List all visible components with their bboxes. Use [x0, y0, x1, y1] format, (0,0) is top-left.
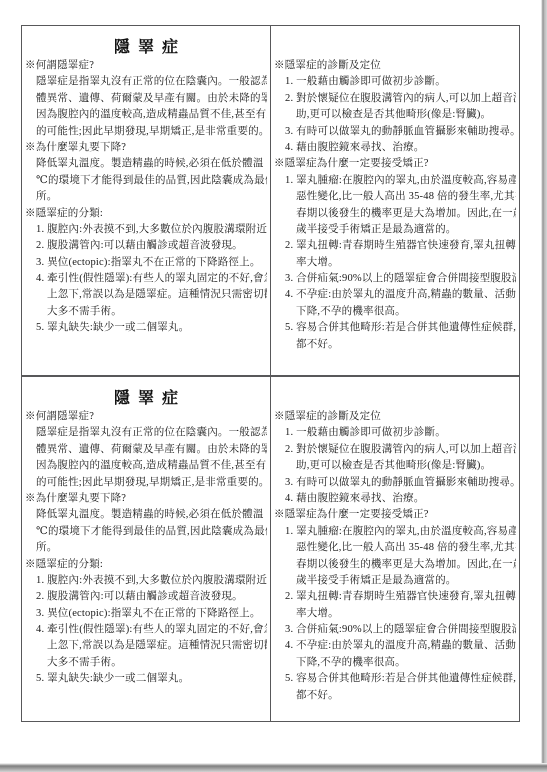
leaflet-card: 隱睪症 ※何謂隱睪症?隱睪症是指睪丸沒有正常的位在陰囊內。一般認為與染色體異常、… — [21, 25, 520, 376]
page-title: 隱睪症 — [25, 37, 267, 58]
text-line: 5. 容易合併其他畸形:若是合併其他遺傳性症候群,預後 — [274, 320, 516, 336]
text-line: 因為腹腔內的溫度較高,造成精蟲品質不佳,甚至有惡性 — [25, 107, 267, 123]
text-line: 下降,不孕的機率很高。 — [274, 655, 516, 671]
text-line: 1. 腹腔內:外表摸不到,大多數位於內腹股溝環附近。 — [25, 573, 267, 589]
leaflet-card: 隱睪症 ※何謂隱睪症?隱睪症是指睪丸沒有正常的位在陰囊內。一般認為與染色體異常、… — [21, 376, 520, 722]
text-line: 都不好。 — [274, 337, 516, 353]
page-title: 隱睪症 — [25, 388, 267, 409]
text-line: 3. 有時可以做睪丸的動靜脈血管攝影來輔助搜尋。 — [274, 124, 516, 140]
section-heading: ※何謂隱睪症? — [25, 409, 267, 425]
text-line: 體異常、遺傳、荷爾蒙及早產有關。由於未降的睪丸可能 — [25, 442, 267, 458]
text-line: ℃的環境下才能得到最佳的品質,因此陰囊成為最佳的場 — [25, 524, 267, 540]
text-line: 惡性變化,比一般人高出 35-48 倍的發生率,尤其在青 — [274, 189, 516, 205]
text-line: 助,更可以檢查是否其他畸形(像是:腎臟)。 — [274, 107, 516, 123]
section-heading: ※隱睪症的分類: — [25, 557, 267, 573]
text-line: 4. 藉由腹腔鏡來尋找、治療。 — [274, 140, 516, 156]
text-line: 4. 牽引性(假性隱睪):有些人的睪丸固定的不好,會忽 — [25, 622, 267, 638]
text-line: 降低睪丸溫度。製造精蟲的時候,必須在低於體溫 1.5-2.0 — [25, 156, 267, 172]
text-line: 2. 睪丸扭轉:青春期時生殖器官快速發育,睪丸扭轉的機 — [274, 238, 516, 254]
leaflet-left-column: 隱睪症 ※何謂隱睪症?隱睪症是指睪丸沒有正常的位在陰囊內。一般認為與染色體異常、… — [22, 377, 271, 721]
text-line: 因為腹腔內的溫度較高,造成精蟲品質不佳,甚至有惡性 — [25, 458, 267, 474]
page-edge-shadow-bottom — [0, 763, 547, 772]
section-heading: ※隱睪症的診斷及定位 — [274, 409, 516, 425]
text-line: 所。 — [25, 540, 267, 556]
text-line: 1. 一般藉由觸診即可做初步診斷。 — [274, 74, 516, 90]
text-line: 降低睪丸溫度。製造精蟲的時候,必須在低於體溫 1.5-2.0 — [25, 507, 267, 523]
section-heading: ※隱睪症為什麼一定要接受矯正? — [274, 156, 516, 172]
section-heading: ※為什麼睪丸要下降? — [25, 140, 267, 156]
text-line: 率大增。 — [274, 606, 516, 622]
text-line: 2. 腹股溝管內:可以藉由觸診或超音波發現。 — [25, 589, 267, 605]
section-heading: ※為什麼睪丸要下降? — [25, 491, 267, 507]
leaflet-left-column: 隱睪症 ※何謂隱睪症?隱睪症是指睪丸沒有正常的位在陰囊內。一般認為與染色體異常、… — [22, 26, 271, 375]
section-heading: ※隱睪症的診斷及定位 — [274, 58, 516, 74]
text-line: 歲半接受手術矯正是最為適當的。 — [274, 573, 516, 589]
text-line: 2. 睪丸扭轉:青春期時生殖器官快速發育,睪丸扭轉的機 — [274, 589, 516, 605]
text-line: 2. 腹股溝管內:可以藉由觸診或超音波發現。 — [25, 238, 267, 254]
leaflet-right-column: ※隱睪症的診斷及定位1. 一般藉由觸診即可做初步診斷。2. 對於懷疑位在腹股溝管… — [271, 377, 519, 721]
text-line: 3. 合併疝氣:90%以上的隱睪症會合併間接型腹股溝疝氣 — [274, 622, 516, 638]
text-line: 4. 不孕症:由於睪丸的溫度升高,精蟲的數量、活動力都 — [274, 638, 516, 654]
text-line: 3. 異位(ectopic):指睪丸不在正常的下降路徑上。 — [25, 606, 267, 622]
text-line: 1. 睪丸腫瘤:在腹腔內的睪丸,由於溫度較高,容易產生 — [274, 524, 516, 540]
leaflet-right-column: ※隱睪症的診斷及定位1. 一般藉由觸診即可做初步診斷。2. 對於懷疑位在腹股溝管… — [271, 26, 519, 375]
text-line: 大多不需手術。 — [25, 655, 267, 671]
text-line: 春期以後發生的機率更是大為增加。因此,在一歲~一 — [274, 557, 516, 573]
text-line: 1. 腹腔內:外表摸不到,大多數位於內腹股溝環附近。 — [25, 222, 267, 238]
text-line: 的可能性;因此早期發現,早期矯正,是非常重要的。 — [25, 124, 267, 140]
text-line: 的可能性;因此早期發現,早期矯正,是非常重要的。 — [25, 475, 267, 491]
text-line: 率大增。 — [274, 255, 516, 271]
text-line: 3. 異位(ectopic):指睪丸不在正常的下降路徑上。 — [25, 255, 267, 271]
text-line: 都不好。 — [274, 688, 516, 704]
text-line: 體異常、遺傳、荷爾蒙及早產有關。由於未降的睪丸可能 — [25, 91, 267, 107]
text-line: 歲半接受手術矯正是最為適當的。 — [274, 222, 516, 238]
text-line: 上忽下,常誤以為是隱睪症。這種情況只需密切觀察, — [25, 287, 267, 303]
text-line: 5. 睪丸缺失:缺少一或二個睪丸。 — [25, 320, 267, 336]
text-line: 下降,不孕的機率很高。 — [274, 304, 516, 320]
text-line: 1. 一般藉由觸診即可做初步診斷。 — [274, 425, 516, 441]
text-line: ℃的環境下才能得到最佳的品質,因此陰囊成為最佳的場 — [25, 173, 267, 189]
text-line: 5. 睪丸缺失:缺少一或二個睪丸。 — [25, 671, 267, 687]
document-page: 隱睪症 ※何謂隱睪症?隱睪症是指睪丸沒有正常的位在陰囊內。一般認為與染色體異常、… — [0, 0, 547, 772]
text-line: 隱睪症是指睪丸沒有正常的位在陰囊內。一般認為與染色 — [25, 425, 267, 441]
text-line: 助,更可以檢查是否其他畸形(像是:腎臟)。 — [274, 458, 516, 474]
text-line: 大多不需手術。 — [25, 304, 267, 320]
text-line: 春期以後發生的機率更是大為增加。因此,在一歲~一 — [274, 206, 516, 222]
text-line: 2. 對於懷疑位在腹股溝管內的病人,可以加上超音波輔 — [274, 91, 516, 107]
text-line: 所。 — [25, 189, 267, 205]
text-line: 惡性變化,比一般人高出 35-48 倍的發生率,尤其在青 — [274, 540, 516, 556]
text-line: 4. 不孕症:由於睪丸的溫度升高,精蟲的數量、活動力都 — [274, 287, 516, 303]
page-edge-shadow-right — [541, 0, 547, 766]
text-line: 4. 牽引性(假性隱睪):有些人的睪丸固定的不好,會忽 — [25, 271, 267, 287]
section-heading: ※隱睪症為什麼一定要接受矯正? — [274, 507, 516, 523]
text-line: 上忽下,常誤以為是隱睪症。這種情況只需密切觀察, — [25, 638, 267, 654]
text-line: 3. 有時可以做睪丸的動靜脈血管攝影來輔助搜尋。 — [274, 475, 516, 491]
section-heading: ※隱睪症的分類: — [25, 206, 267, 222]
text-line: 1. 睪丸腫瘤:在腹腔內的睪丸,由於溫度較高,容易產生 — [274, 173, 516, 189]
text-line: 隱睪症是指睪丸沒有正常的位在陰囊內。一般認為與染色 — [25, 74, 267, 90]
text-line: 2. 對於懷疑位在腹股溝管內的病人,可以加上超音波輔 — [274, 442, 516, 458]
text-line: 3. 合併疝氣:90%以上的隱睪症會合併間接型腹股溝疝氣 — [274, 271, 516, 287]
text-line: 4. 藉由腹腔鏡來尋找、治療。 — [274, 491, 516, 507]
text-line: 5. 容易合併其他畸形:若是合併其他遺傳性症候群,預後 — [274, 671, 516, 687]
section-heading: ※何謂隱睪症? — [25, 58, 267, 74]
